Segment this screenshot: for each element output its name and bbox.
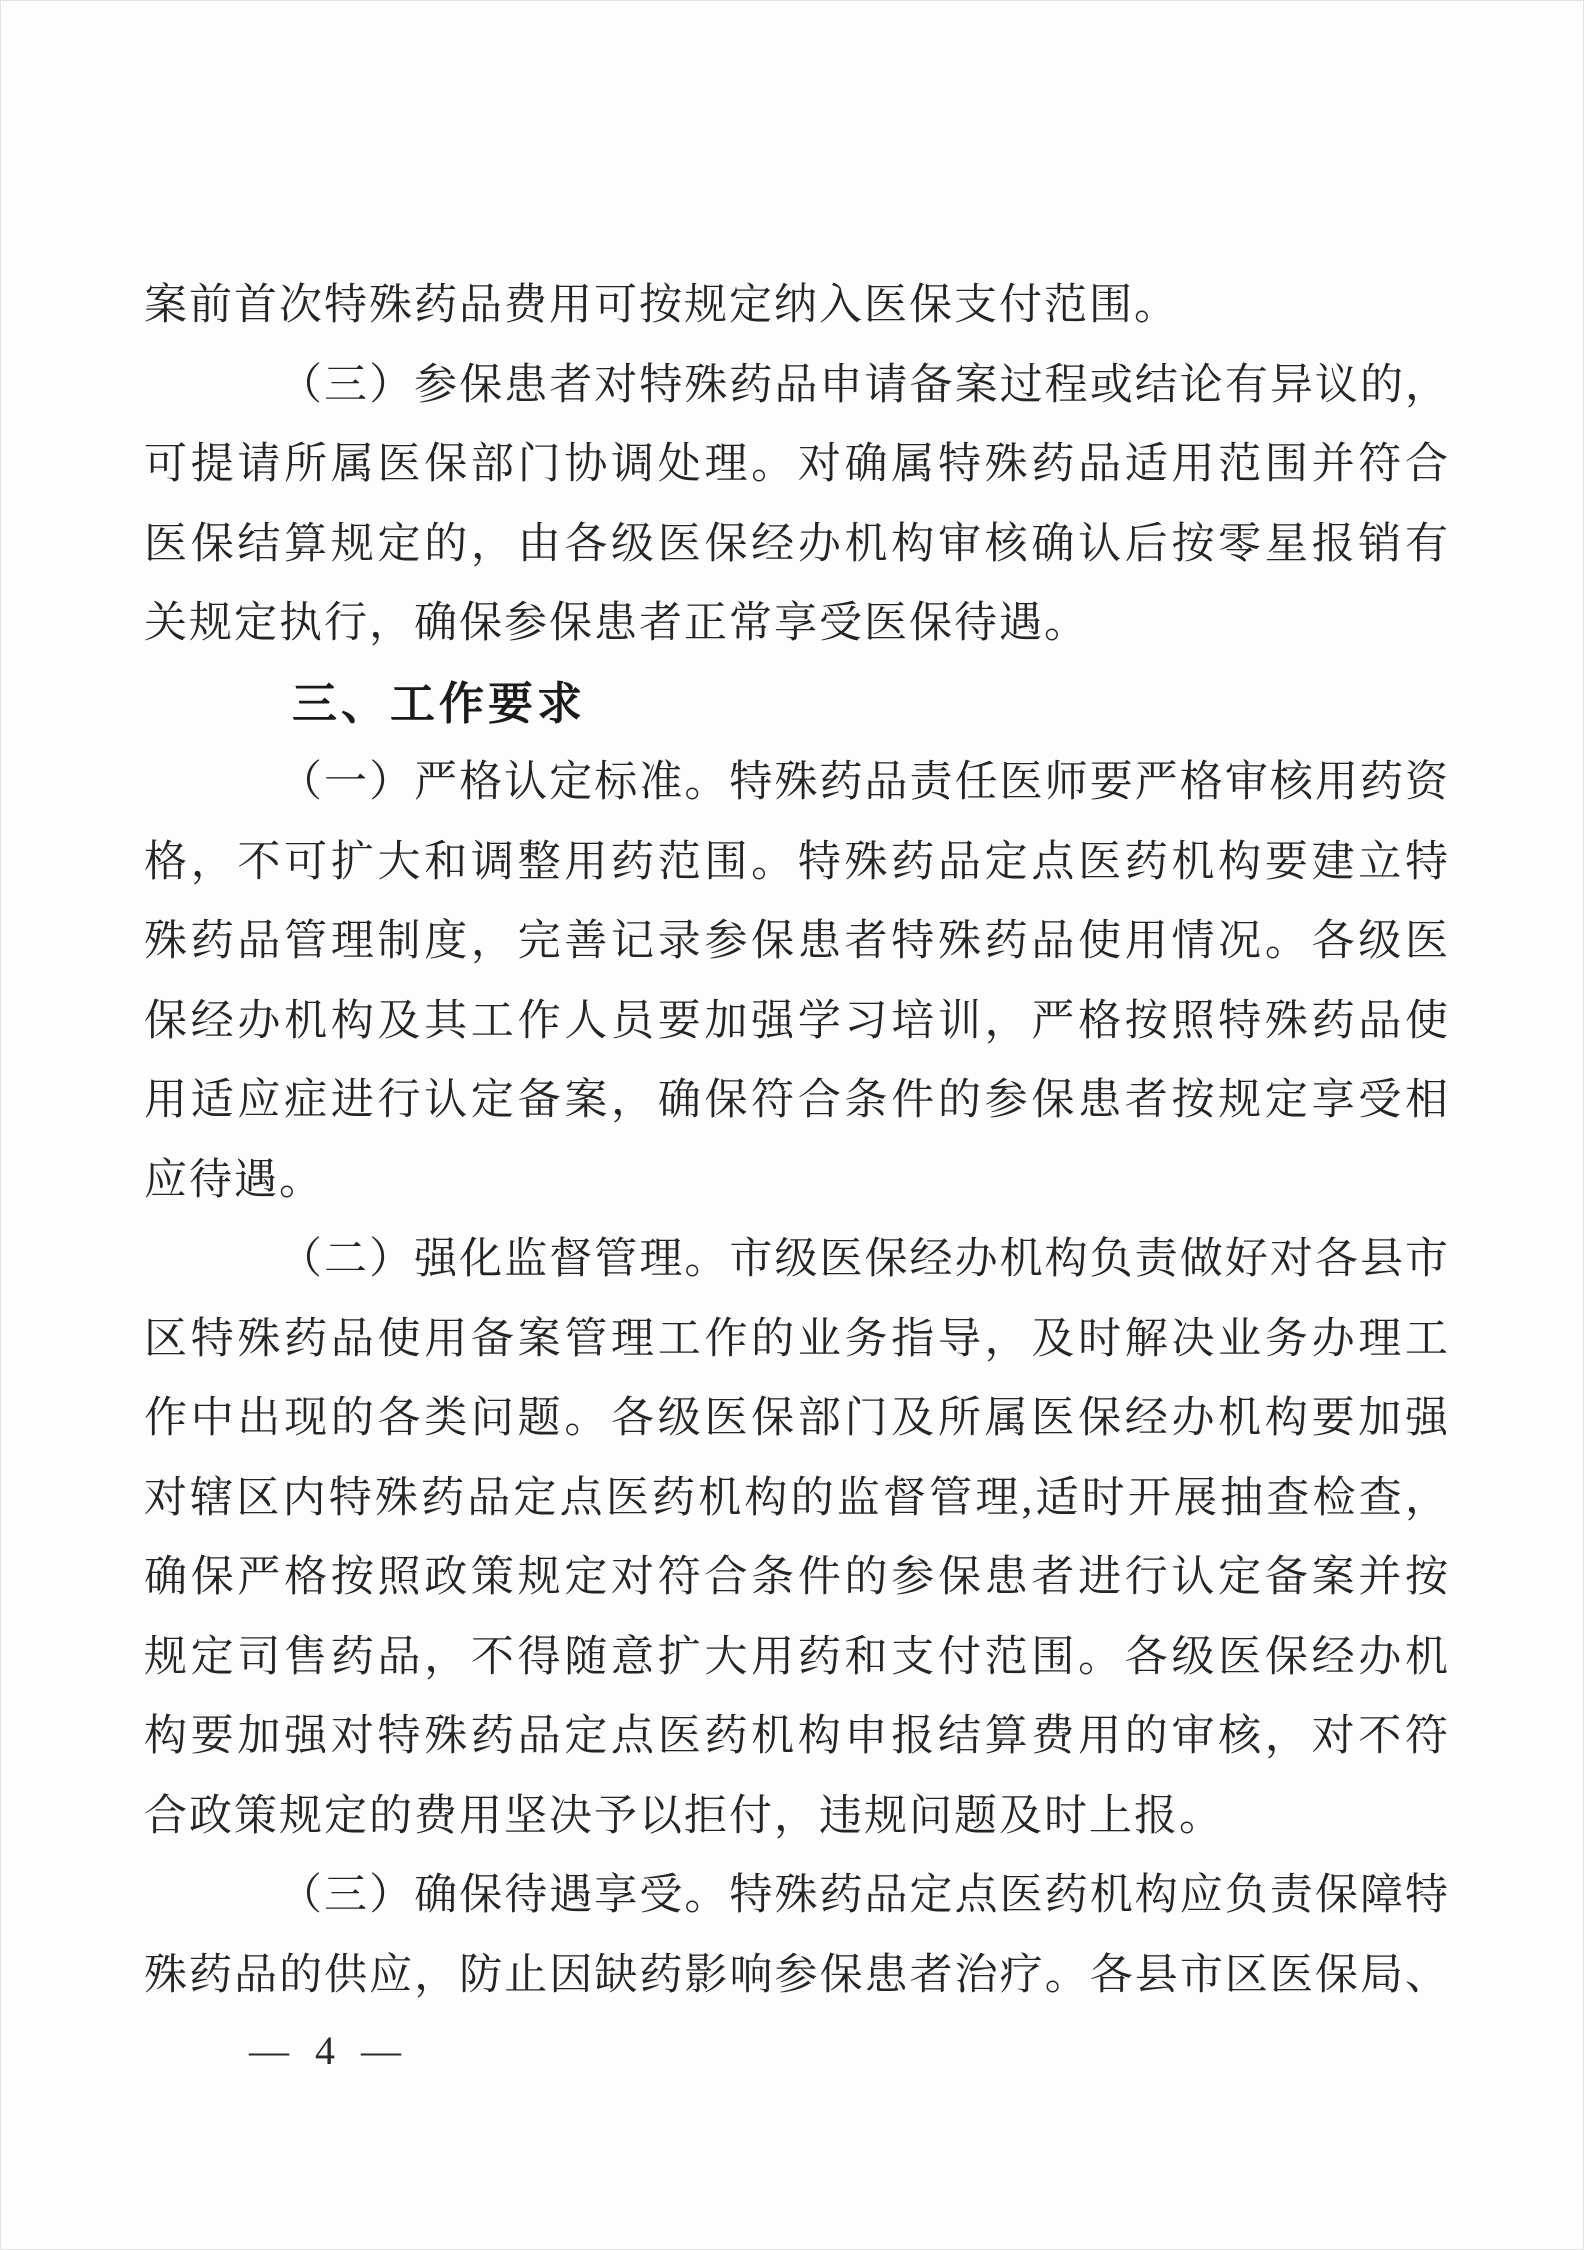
text-line: 案前首次特殊药品费用可按规定纳入医保支付范围。 <box>144 266 1450 346</box>
text-line: 规定司售药品，不得随意扩大用药和支付范围。各级医保经办机 <box>144 1618 1450 1698</box>
text-line: 保经办机构及其工作人员要加强学习培训，严格按照特殊药品使 <box>144 982 1450 1062</box>
text-line: 区特殊药品使用备案管理工作的业务指导，及时解决业务办理工 <box>144 1300 1450 1380</box>
text-line: 用适应症进行认定备案，确保符合条件的参保患者按规定享受相 <box>144 1061 1450 1141</box>
section-heading: 三、工作要求 <box>144 664 1450 744</box>
text-line: 殊药品管理制度，完善记录参保患者特殊药品使用情况。各级医 <box>144 902 1450 982</box>
text-line: （二）强化监督管理。市级医保经办机构负责做好对各县市 <box>144 1220 1450 1300</box>
document-page: 案前首次特殊药品费用可按规定纳入医保支付范围。（三）参保患者对特殊药品申请备案过… <box>0 0 1584 2250</box>
document-text-block: 案前首次特殊药品费用可按规定纳入医保支付范围。（三）参保患者对特殊药品申请备案过… <box>144 266 1450 2015</box>
text-line: 对辖区内特殊药品定点医药机构的监督管理,适时开展抽查检查， <box>144 1459 1450 1539</box>
text-line: 确保严格按照政策规定对符合条件的参保患者进行认定备案并按 <box>144 1538 1450 1618</box>
text-line: 关规定执行，确保参保患者正常享受医保待遇。 <box>144 584 1450 664</box>
page-number-footer: — 4 — <box>249 2027 409 2074</box>
text-line: （三）确保待遇享受。特殊药品定点医药机构应负责保障特 <box>144 1856 1450 1936</box>
text-line: 合政策规定的费用坚决予以拒付，违规问题及时上报。 <box>144 1777 1450 1857</box>
text-line: 应待遇。 <box>144 1141 1450 1221</box>
text-line: （一）严格认定标准。特殊药品责任医师要严格审核用药资 <box>144 743 1450 823</box>
text-line: 殊药品的供应，防止因缺药影响参保患者治疗。各县市区医保局、 <box>144 1936 1450 2016</box>
text-line: 格，不可扩大和调整用药范围。特殊药品定点医药机构要建立特 <box>144 823 1450 903</box>
text-line: 构要加强对特殊药品定点医药机构申报结算费用的审核，对不符 <box>144 1697 1450 1777</box>
text-line: 可提请所属医保部门协调处理。对确属特殊药品适用范围并符合 <box>144 425 1450 505</box>
text-line: 医保结算规定的，由各级医保经办机构审核确认后按零星报销有 <box>144 505 1450 585</box>
text-line: （三）参保患者对特殊药品申请备案过程或结论有异议的， <box>144 346 1450 426</box>
text-line: 作中出现的各类问题。各级医保部门及所属医保经办机构要加强 <box>144 1379 1450 1459</box>
